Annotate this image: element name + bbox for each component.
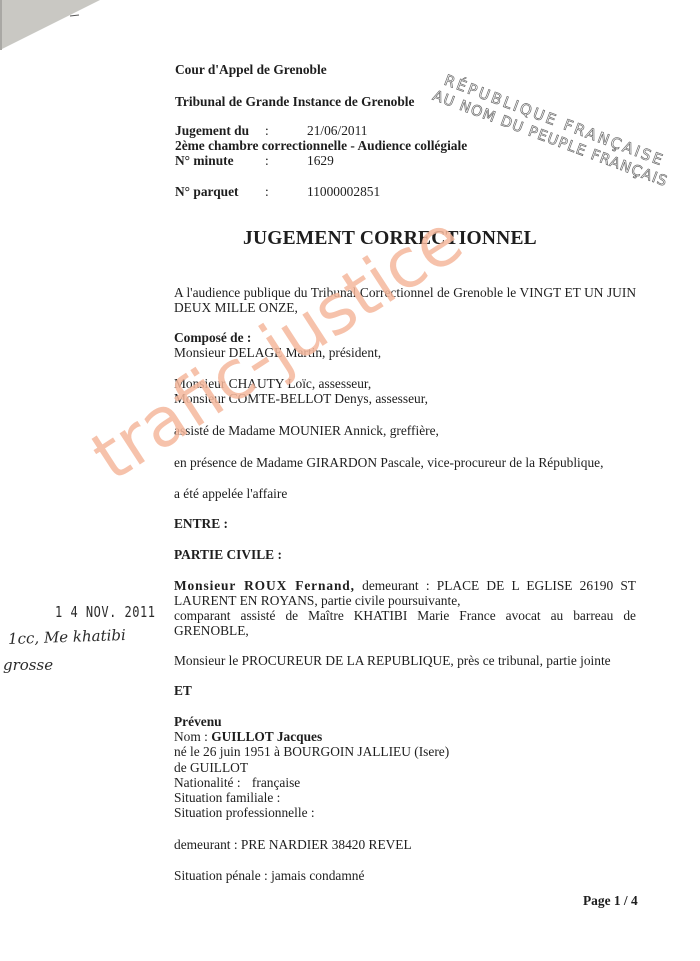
page-number: Page 1 / 4: [583, 893, 638, 909]
tribunal-name: Tribunal de Grande Instance de Grenoble: [175, 94, 414, 109]
civil-party-line-2: LAURENT EN ROYANS, partie civile poursui…: [174, 593, 461, 608]
family-situation: Situation familiale :: [174, 790, 280, 805]
defendant-nationality-line: Nationalité : française: [174, 775, 300, 790]
civil-party-line-4: GRENOBLE,: [174, 623, 249, 638]
defendant-name: GUILLOT Jacques: [211, 729, 322, 744]
parquet-number-value: 11000002851: [307, 184, 380, 199]
civil-party-name: Monsieur ROUX Fernand,: [174, 578, 355, 593]
defendant-parent: de GUILLOT: [174, 760, 248, 775]
clerk: assisté de Madame MOUNIER Annick, greffi…: [174, 423, 439, 438]
president: Monsieur DELAGE Martin, président,: [174, 345, 381, 360]
criminal-record: Situation pénale : jamais condamné: [174, 868, 364, 883]
assessor-1: Monsieur CHAUTY Loïc, assesseur,: [174, 376, 371, 391]
minute-number-colon: :: [265, 153, 269, 168]
intro-line-1: A l'audience publique du Tribunal Correc…: [174, 285, 636, 300]
defendant-heading: Prévenu: [174, 714, 222, 729]
parquet-number-label: N° parquet: [175, 184, 239, 199]
and-heading: ET: [174, 683, 192, 698]
received-date-stamp: 1 4 NOV. 2011: [55, 603, 155, 621]
handwritten-note-line-2: grosse: [3, 656, 53, 674]
nationality-label: Nationalité :: [174, 775, 241, 790]
judgment-date-colon: :: [265, 123, 269, 138]
case-called: a été appelée l'affaire: [174, 486, 287, 501]
civil-party-heading: PARTIE CIVILE :: [174, 547, 282, 562]
intro-line-2: DEUX MILLE ONZE,: [174, 300, 298, 315]
judgment-date-label: Jugement du: [175, 123, 249, 138]
composition-heading: Composé de :: [174, 330, 251, 345]
defendant-name-line: Nom : GUILLOT Jacques: [174, 729, 322, 744]
assessor-2: Monsieur COMTE-BELLOT Denys, assesseur,: [174, 391, 428, 406]
scan-corner-edge: [0, 0, 2, 50]
judgment-date-value: 21/06/2011: [307, 123, 368, 138]
scan-corner-shadow: [0, 0, 100, 50]
public-prosecutor: Monsieur le PROCUREUR DE LA REPUBLIQUE, …: [174, 653, 611, 668]
defendant-address: demeurant : PRE NARDIER 38420 REVEL: [174, 837, 412, 852]
parquet-number-colon: :: [265, 184, 269, 199]
civil-party-line-3: comparant assisté de Maître KHATIBI Mari…: [174, 608, 636, 623]
prosecutor: en présence de Madame GIRARDON Pascale, …: [174, 455, 603, 470]
court-name: Cour d'Appel de Grenoble: [175, 62, 327, 77]
civil-party-address-start: demeurant : PLACE DE L EGLISE 26190 ST: [362, 578, 636, 593]
professional-situation: Situation professionnelle :: [174, 805, 315, 820]
chamber-info: 2ème chambre correctionnelle - Audience …: [175, 138, 467, 153]
document-title: JUGEMENT CORRECTIONNEL: [243, 228, 537, 250]
minute-number-value: 1629: [307, 153, 334, 168]
republic-stamp-line1: RÉPUBLIQUE FRANÇAISE: [442, 71, 668, 170]
nationality-value: française: [252, 775, 300, 790]
defendant-name-label: Nom :: [174, 729, 208, 744]
handwritten-note-line-1: 1cc, Me khatibi: [8, 626, 126, 648]
civil-party-line-1: Monsieur ROUX Fernand, demeurant : PLACE…: [174, 578, 636, 593]
minute-number-label: N° minute: [175, 153, 234, 168]
between-heading: ENTRE :: [174, 516, 228, 531]
defendant-birth: né le 26 juin 1951 à BOURGOIN JALLIEU (I…: [174, 744, 449, 759]
